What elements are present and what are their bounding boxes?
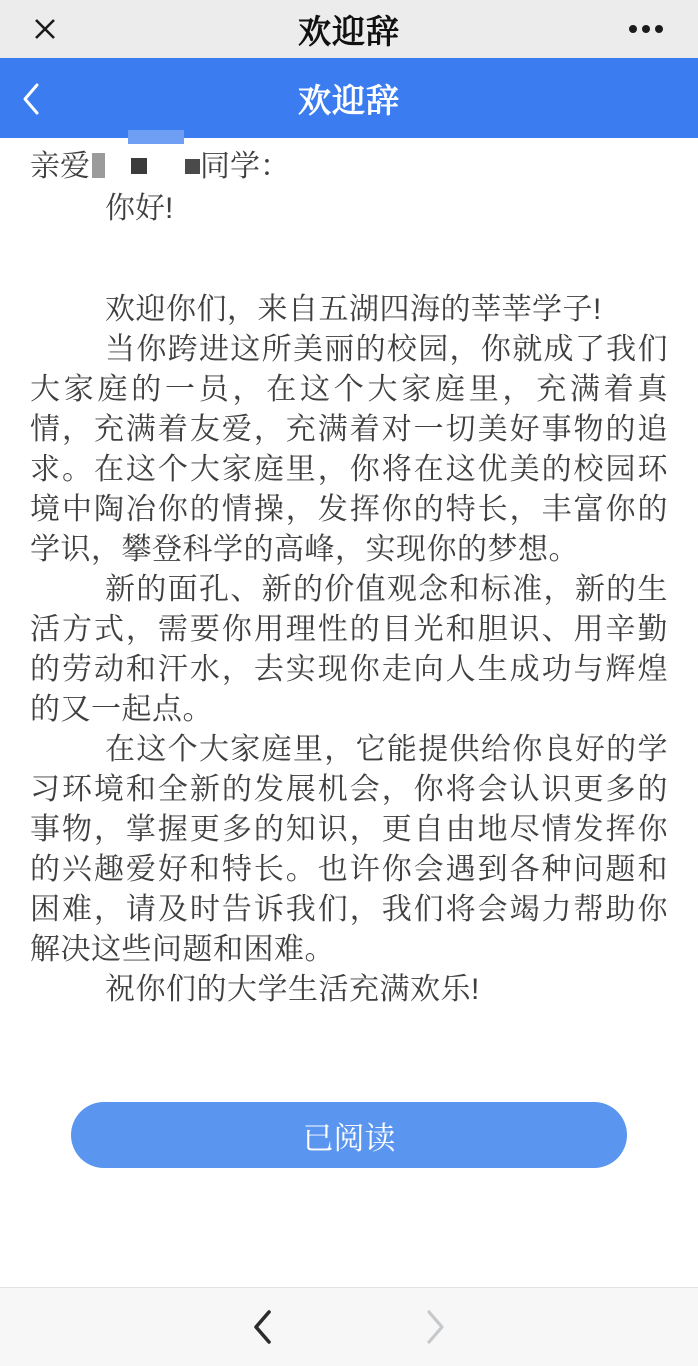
page-title: 欢迎辞 bbox=[298, 75, 400, 122]
page-header: 欢迎辞 bbox=[0, 58, 698, 138]
close-icon[interactable] bbox=[28, 12, 62, 46]
redacted-char-block bbox=[92, 153, 105, 178]
nav-back-icon[interactable] bbox=[245, 1305, 279, 1349]
salutation-suffix: 同学： bbox=[200, 150, 290, 183]
back-icon[interactable] bbox=[20, 80, 56, 118]
browser-nav-bar bbox=[0, 1287, 698, 1366]
salutation-prefix: 亲爱 bbox=[30, 150, 90, 183]
closing-line: 祝你们的大学生活充满欢乐! bbox=[30, 970, 668, 1010]
dot bbox=[655, 25, 663, 33]
hello-line: 你好! bbox=[30, 188, 668, 230]
titlebar: 欢迎辞 bbox=[0, 0, 698, 58]
letter-paragraph: 新的面孔、新的价值观念和标准，新的生活方式，需要你用理性的目光和胆识、用辛勤的劳… bbox=[30, 570, 668, 730]
redacted-name-block bbox=[185, 159, 200, 174]
wechat-webview: 欢迎辞 欢迎辞 亲爱同学： 你好! 欢迎你们，来自五湖四海的莘莘学子! 当你跨进… bbox=[0, 0, 698, 1366]
more-menu-icon[interactable] bbox=[624, 12, 668, 46]
read-confirm-button[interactable]: 已阅读 bbox=[71, 1102, 627, 1168]
webview-title: 欢迎辞 bbox=[0, 6, 698, 53]
dot bbox=[642, 25, 650, 33]
dot bbox=[629, 25, 637, 33]
letter-paragraph: 在这个大家庭里，它能提供给你良好的学习环境和全新的发展机会，你将会认识更多的事物… bbox=[30, 730, 668, 970]
salutation-line: 亲爱同学： bbox=[30, 146, 668, 188]
letter-content: 亲爱同学： 你好! 欢迎你们，来自五湖四海的莘莘学子! 当你跨进这所美丽的校园，… bbox=[0, 138, 698, 1168]
letter-paragraph: 当你跨进这所美丽的校园，你就成了我们大家庭的一员，在这个大家庭里，充满着真情，充… bbox=[30, 330, 668, 570]
redacted-name-block bbox=[131, 158, 147, 174]
redaction-highlight bbox=[128, 130, 184, 144]
nav-forward-icon[interactable] bbox=[419, 1305, 453, 1349]
letter-paragraph: 欢迎你们，来自五湖四海的莘莘学子! bbox=[30, 290, 668, 330]
